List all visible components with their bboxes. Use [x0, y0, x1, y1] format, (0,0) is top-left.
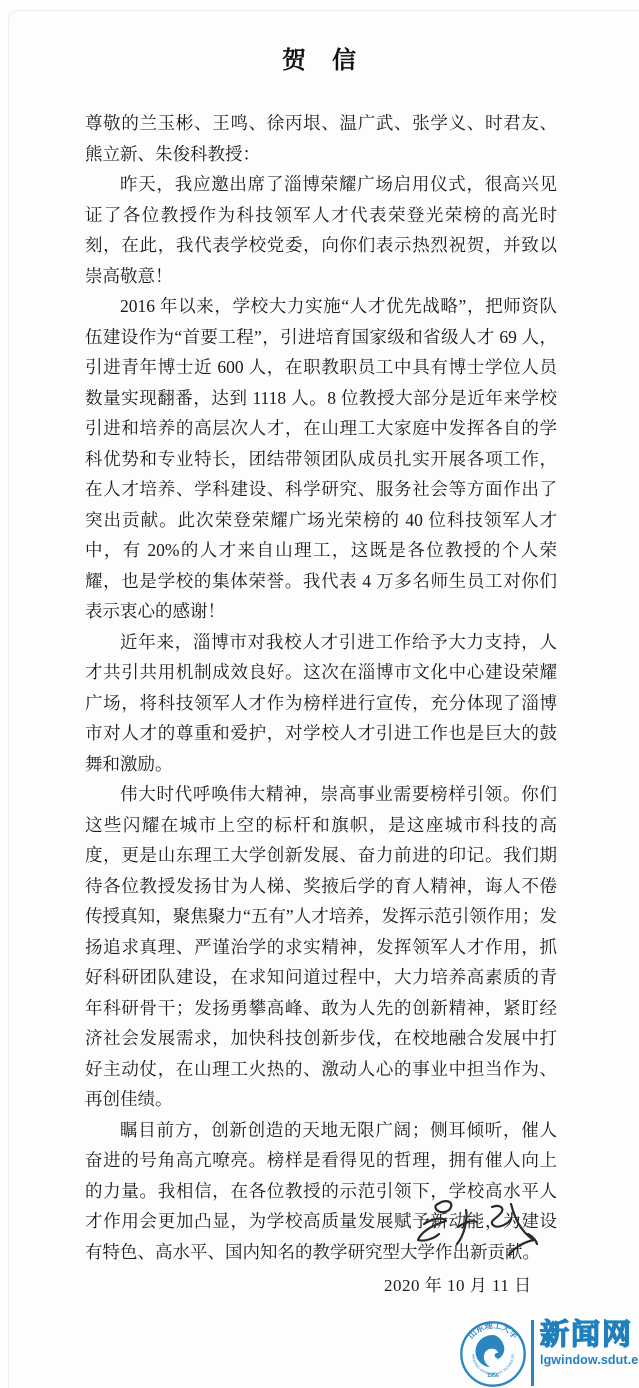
letter-paragraph: 近年来，淄博市对我校人才引进工作给予大力支持，人才共引共用机制成效良好。这次在淄…	[85, 627, 557, 780]
seal-year-text: 1956	[487, 1373, 499, 1379]
letter-paragraph: 伟大时代呼唤伟大精神，崇高事业需要榜样引领。你们这些闪耀在城市上空的标杆和旗帜，…	[85, 779, 557, 1115]
watermark-site-name: 新闻网	[540, 1320, 639, 1351]
watermark-site-url: lgwindow.sdut.edu.cn	[540, 1353, 639, 1367]
letter-paragraph: 2016 年以来，学校大力实施“人才优先战略”，把师资队伍建设作为“首要工程”，…	[85, 291, 557, 627]
letter-salutation: 尊敬的兰玉彬、王鸣、徐丙垠、温广武、张学义、时君友、熊立新、朱俊科教授：	[85, 108, 557, 169]
university-seal-logo: 山东理工大学 SHANDONG UNIVERSITY OF TECHNOLOGY…	[459, 1320, 527, 1388]
letter-paragraph: 昨天，我应邀出席了淄博荣耀广场启用仪式，很高兴见证了各位教授作为科技领军人才代表…	[85, 169, 557, 291]
watermark-divider	[531, 1320, 534, 1386]
letter-page: 贺 信 尊敬的兰玉彬、王鸣、徐丙垠、温广武、张学义、时君友、熊立新、朱俊科教授：…	[0, 0, 639, 1388]
news-site-watermark: 山东理工大学 SHANDONG UNIVERSITY OF TECHNOLOGY…	[459, 1320, 639, 1388]
seal-swirl-dot	[495, 1353, 500, 1358]
seal-swirl-icon	[476, 1335, 505, 1367]
letter-title: 贺 信	[0, 40, 639, 75]
letter-body: 尊敬的兰玉彬、王鸣、徐丙垠、温广武、张学义、时君友、熊立新、朱俊科教授： 昨天，…	[85, 108, 557, 1267]
watermark-text-block: 新闻网 lgwindow.sdut.edu.cn	[540, 1320, 639, 1367]
letter-date: 2020 年 10 月 11 日	[384, 1271, 532, 1296]
signature-image	[408, 1194, 548, 1266]
